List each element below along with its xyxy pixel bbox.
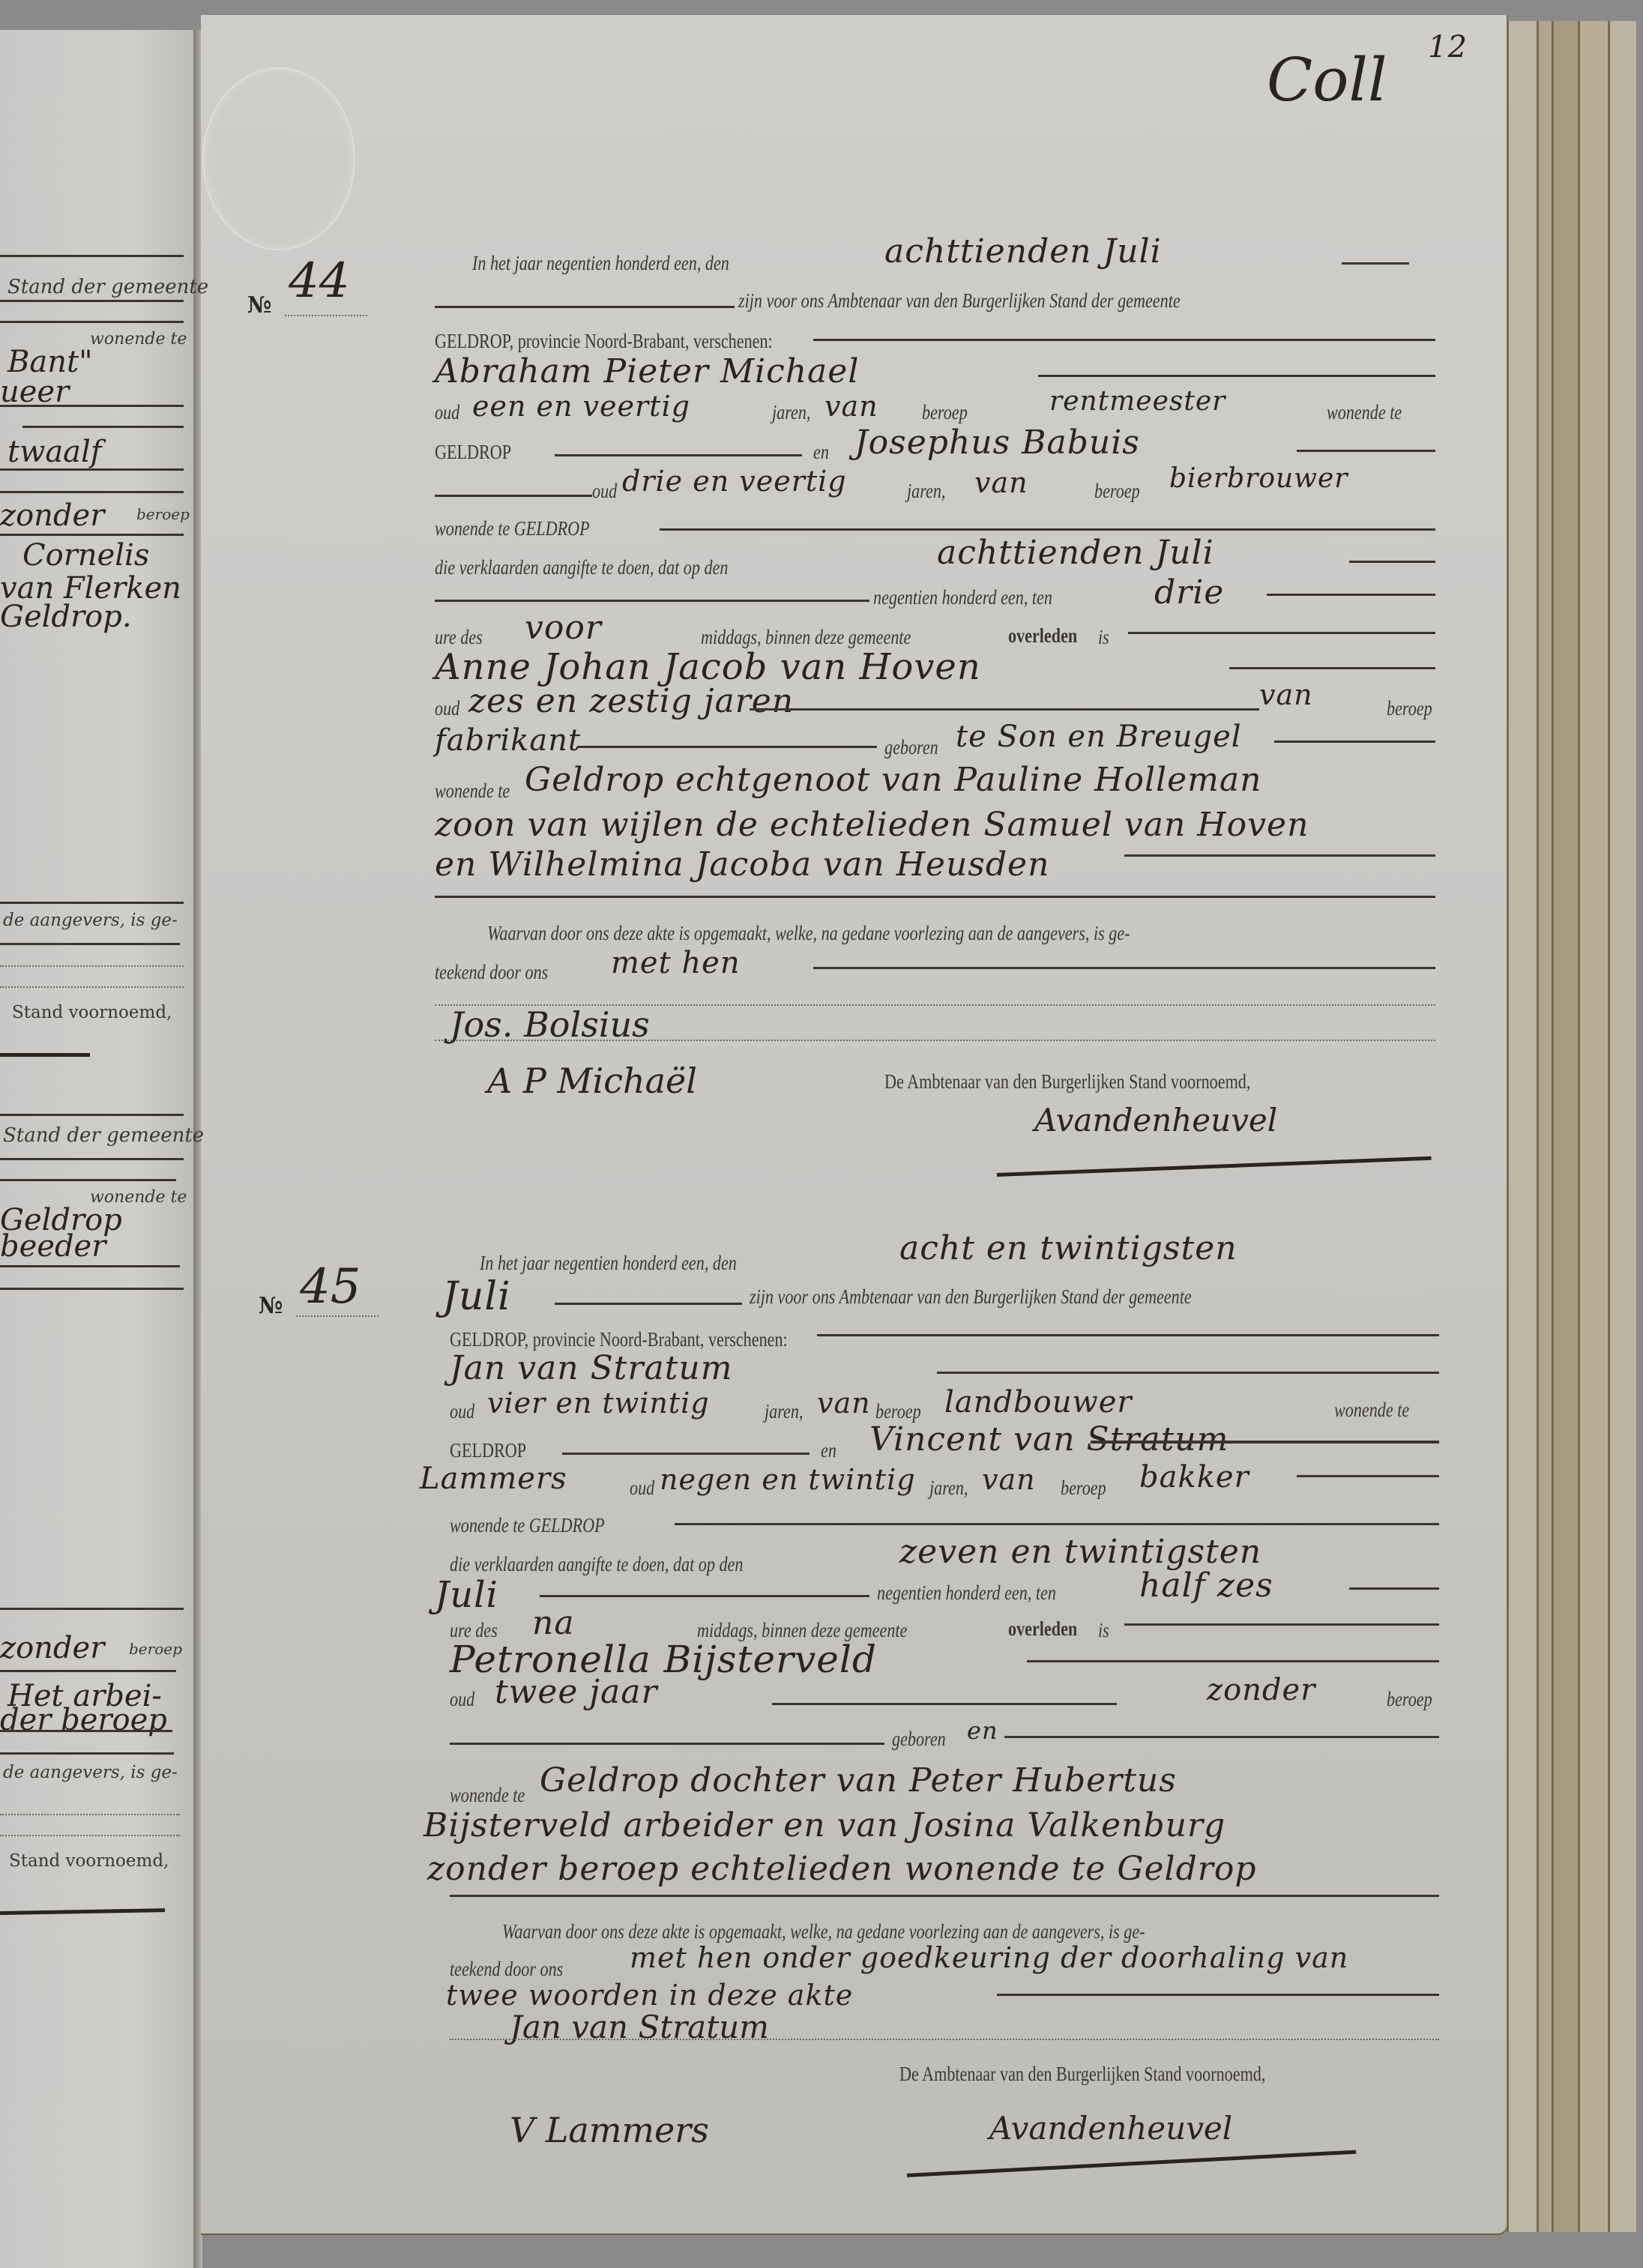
wonende-label: wonende te bbox=[435, 779, 510, 803]
jaren-label: jaren, bbox=[907, 480, 945, 503]
closing-text-2: teekend door ons bbox=[450, 1958, 563, 1981]
oud-label: oud bbox=[630, 1477, 654, 1500]
left-print: beroep bbox=[136, 505, 190, 523]
closing-hand: met hen bbox=[611, 946, 741, 980]
deceased-occupation: fabrikant bbox=[435, 723, 581, 758]
van-hand: van bbox=[1259, 678, 1313, 711]
rule bbox=[450, 1743, 884, 1745]
declarant2-age: drie en veertig bbox=[622, 465, 847, 498]
page-number: 12 bbox=[1428, 30, 1468, 64]
oud-label: oud bbox=[450, 1400, 474, 1423]
left-print: de aangevers, is ge- bbox=[3, 911, 178, 930]
year-text: negentien honderd een, ten bbox=[873, 586, 1052, 609]
signature-2: V Lammers bbox=[510, 2110, 709, 2150]
closing-text: Waarvan door ons deze akte is opgemaakt,… bbox=[487, 922, 1130, 945]
oud-label: oud bbox=[435, 401, 459, 424]
left-hand: zonder bbox=[0, 498, 104, 533]
deceased-age: twee jaar bbox=[495, 1673, 658, 1711]
oud-label: oud bbox=[592, 480, 617, 503]
death-date-line-1: zeven en twintigsten bbox=[899, 1533, 1261, 1571]
declarant1-name: Jan van Stratum bbox=[450, 1349, 732, 1387]
en-label: en bbox=[821, 1439, 836, 1462]
rule bbox=[435, 600, 869, 602]
wonende-geldrop-label: wonende te GELDROP bbox=[450, 1514, 605, 1537]
rule bbox=[1349, 1587, 1439, 1590]
official-signature: Avandenheuvel bbox=[1034, 1102, 1277, 1138]
rule bbox=[0, 405, 184, 407]
left-print: Stand der gemeente bbox=[3, 1124, 204, 1147]
declarant2-name: Josephus Babuis bbox=[854, 423, 1140, 462]
rule bbox=[660, 528, 1435, 531]
rule bbox=[0, 321, 184, 323]
rule bbox=[1229, 667, 1435, 669]
strikethrough bbox=[1091, 1441, 1439, 1444]
page-edges-stack bbox=[1507, 21, 1634, 2232]
intro-text: In het jaar negentien honderd een, den bbox=[480, 1252, 737, 1275]
official-text: De Ambtenaar van den Burgerlijken Stand … bbox=[899, 2063, 1265, 2086]
rule bbox=[675, 1523, 1439, 1525]
declarant1-age: vier en twintig bbox=[487, 1387, 710, 1420]
record-number: 44 bbox=[289, 253, 349, 309]
left-hand: twaalf bbox=[7, 435, 102, 469]
rule bbox=[0, 1288, 184, 1290]
oud-label: oud bbox=[435, 697, 459, 720]
rule bbox=[1267, 594, 1435, 596]
rule bbox=[1124, 854, 1435, 857]
residence-line-3: zonder beroep echtelieden wonende te Gel… bbox=[427, 1850, 1257, 1888]
rule bbox=[435, 306, 735, 308]
left-hand: beeder bbox=[0, 1229, 106, 1264]
rule bbox=[937, 1372, 1439, 1374]
rule bbox=[577, 746, 877, 748]
deceased-age: zes en zestig jaren bbox=[468, 682, 794, 720]
left-hand: der beroep bbox=[0, 1703, 167, 1737]
left-print: wonende te bbox=[90, 330, 187, 349]
rule bbox=[1027, 1660, 1439, 1662]
municipality-text: GELDROP, provincie Noord-Brabant, versch… bbox=[450, 1328, 788, 1351]
rule bbox=[555, 454, 802, 456]
birthplace: te Son en Breugel bbox=[956, 720, 1242, 754]
declared-text: die verklaarden aangifte te doen, dat op… bbox=[435, 556, 728, 579]
declared-text: die verklaarden aangifte te doen, dat op… bbox=[450, 1553, 743, 1576]
dotted-rule bbox=[296, 1315, 379, 1317]
record-date-line-1: acht en twintigsten bbox=[899, 1229, 1237, 1267]
rule bbox=[0, 1730, 172, 1732]
rule bbox=[813, 339, 1435, 341]
left-print: Stand der gemeente bbox=[7, 276, 208, 298]
before-text: zijn voor ons Ambtenaar van den Burgerli… bbox=[750, 1285, 1192, 1309]
en-label: en bbox=[813, 441, 829, 464]
dotted-rule bbox=[0, 1835, 180, 1836]
jaren-label: jaren, bbox=[772, 401, 810, 424]
rule bbox=[0, 943, 180, 945]
rule bbox=[1128, 632, 1435, 634]
overleden-label: overleden bbox=[1008, 624, 1077, 648]
rule bbox=[813, 967, 1435, 969]
rule bbox=[0, 468, 184, 471]
rule bbox=[0, 1670, 176, 1672]
declarant2-occupation: bakker bbox=[1139, 1460, 1249, 1495]
rule bbox=[0, 1752, 174, 1755]
rule bbox=[0, 1179, 176, 1181]
deceased-occupation: zonder bbox=[1207, 1673, 1315, 1707]
wonende-te-label: wonende te bbox=[1334, 1399, 1409, 1422]
embossed-seal-icon bbox=[202, 67, 355, 250]
closing-text-2: teekend door ons bbox=[435, 961, 548, 984]
closing-hand-line-1: met hen onder goedkeuring der doorhaling… bbox=[630, 1941, 1348, 1974]
is-label: is bbox=[1098, 626, 1109, 649]
beroep-label: beroep bbox=[1061, 1477, 1106, 1500]
rule bbox=[1274, 741, 1435, 743]
wonende-te-label: wonende te bbox=[1327, 401, 1402, 424]
register-page bbox=[201, 15, 1508, 2235]
rule bbox=[0, 534, 184, 536]
rule bbox=[1004, 1736, 1439, 1738]
van-hand: van bbox=[824, 390, 878, 423]
rule bbox=[0, 1265, 180, 1267]
signature-1: Jos. Bolsius bbox=[450, 1004, 650, 1045]
declarant2-occupation: bierbrouwer bbox=[1169, 463, 1348, 494]
left-print: beroep bbox=[129, 1640, 182, 1658]
top-annotation: Coll bbox=[1267, 45, 1387, 115]
official-signature: Avandenheuvel bbox=[989, 2110, 1232, 2147]
geboren-label: geboren bbox=[892, 1728, 946, 1751]
record-number: 45 bbox=[300, 1259, 361, 1315]
is-label: is bbox=[1098, 1619, 1109, 1642]
rule bbox=[0, 1114, 184, 1116]
declarant1-occupation: landbouwer bbox=[944, 1385, 1133, 1420]
geldrop-label: GELDROP bbox=[435, 441, 511, 464]
rule bbox=[997, 1994, 1439, 1996]
rule bbox=[540, 1595, 869, 1597]
dotted-rule bbox=[0, 1814, 180, 1815]
rule bbox=[1038, 375, 1435, 377]
dotted-rule bbox=[285, 315, 367, 316]
closing-hand-line-2: twee woorden in deze akte bbox=[446, 1979, 853, 2012]
record-number-label: № bbox=[247, 292, 272, 319]
rule bbox=[22, 426, 184, 428]
intro-text: In het jaar negentien honderd een, den bbox=[472, 252, 729, 275]
left-print: Stand voornoemd, bbox=[9, 1851, 169, 1871]
left-print: de aangevers, is ge- bbox=[3, 1763, 178, 1782]
birthplace: en bbox=[967, 1716, 998, 1745]
wonende-geldrop-label: wonende te GELDROP bbox=[435, 517, 590, 540]
geboren-label: geboren bbox=[884, 736, 938, 759]
rule bbox=[1297, 450, 1435, 452]
record-date: achttienden Juli bbox=[884, 232, 1162, 271]
declarant2-surname: Lammers bbox=[420, 1462, 567, 1496]
left-hand: Geldrop. bbox=[0, 600, 132, 634]
declarant2-age: negen en twintig bbox=[660, 1463, 916, 1496]
wonende-label: wonende te bbox=[450, 1784, 525, 1807]
beroep-label: beroep bbox=[922, 401, 968, 424]
residence-line-1: Geldrop dochter van Peter Hubertus bbox=[540, 1761, 1177, 1800]
dotted-rule bbox=[450, 2039, 1439, 2040]
residence-line-2: Bijsterveld arbeider en van Josina Valke… bbox=[423, 1806, 1226, 1845]
oud-label: oud bbox=[450, 1688, 474, 1711]
van-hand: van bbox=[982, 1463, 1036, 1496]
record-number-label: № bbox=[259, 1293, 283, 1319]
rule bbox=[0, 300, 184, 302]
left-hand: Cornelis bbox=[22, 538, 149, 573]
beroep-label: beroep bbox=[1094, 480, 1140, 503]
rule bbox=[1124, 1623, 1439, 1626]
rule bbox=[0, 1608, 184, 1610]
rule bbox=[1342, 262, 1409, 265]
death-date: achttienden Juli bbox=[937, 534, 1214, 572]
declarant2-name: Vincent van Stratum bbox=[869, 1420, 1229, 1459]
geldrop-label: GELDROP bbox=[450, 1439, 526, 1462]
declarant1-age: een en veertig bbox=[472, 390, 690, 423]
signature-2: A P Michaël bbox=[487, 1061, 697, 1101]
overleden-label: overleden bbox=[1008, 1617, 1077, 1641]
jaren-label: jaren, bbox=[929, 1477, 968, 1500]
rule bbox=[1349, 561, 1435, 563]
residence-line-2: zoon van wijlen de echtelieden Samuel va… bbox=[435, 806, 1309, 844]
rule bbox=[817, 1334, 1439, 1336]
before-text: zijn voor ons Ambtenaar van den Burgerli… bbox=[738, 289, 1181, 313]
closing-text: Waarvan door ons deze akte is opgemaakt,… bbox=[502, 1920, 1145, 1943]
official-text: De Ambtenaar van den Burgerlijken Stand … bbox=[884, 1070, 1250, 1094]
rule bbox=[750, 708, 1259, 711]
rule bbox=[435, 896, 1435, 898]
beroep-label: beroep bbox=[1387, 697, 1432, 720]
year-text: negentien honderd een, ten bbox=[877, 1581, 1056, 1605]
residence-line-1: Geldrop echtgenoot van Pauline Holleman bbox=[525, 761, 1261, 799]
left-hand: zonder bbox=[0, 1631, 104, 1665]
van-hand: van bbox=[817, 1387, 871, 1420]
dotted-rule bbox=[0, 965, 184, 967]
signature-flourish bbox=[0, 1053, 90, 1057]
rule bbox=[0, 1158, 184, 1160]
left-print: Stand voornoemd, bbox=[12, 1003, 172, 1022]
rule bbox=[555, 1303, 742, 1305]
declarant1-name: Abraham Pieter Michael bbox=[435, 352, 859, 390]
death-hour: drie bbox=[1154, 573, 1224, 612]
jaren-label: jaren, bbox=[765, 1400, 803, 1423]
rule bbox=[0, 255, 184, 257]
declarant1-occupation: rentmeester bbox=[1049, 386, 1226, 417]
rule bbox=[1297, 1475, 1439, 1477]
death-date-line-2: Juli bbox=[435, 1574, 498, 1616]
rule bbox=[435, 495, 592, 497]
municipality-text: GELDROP, provincie Noord-Brabant, versch… bbox=[435, 330, 773, 353]
dotted-rule bbox=[0, 986, 184, 988]
death-hour: half zes bbox=[1139, 1566, 1273, 1605]
beroep-label: beroep bbox=[1387, 1688, 1432, 1711]
rule bbox=[0, 902, 184, 904]
rule bbox=[772, 1703, 1117, 1705]
residence-line-3: en Wilhelmina Jacoba van Heusden bbox=[435, 845, 1049, 884]
record-date-line-2: Juli bbox=[442, 1274, 511, 1319]
rule bbox=[0, 491, 184, 493]
van-hand: van bbox=[974, 466, 1028, 499]
am-pm: voor bbox=[525, 609, 602, 647]
rule bbox=[450, 1895, 1439, 1897]
am-pm: na bbox=[532, 1604, 575, 1642]
rule bbox=[562, 1453, 810, 1455]
